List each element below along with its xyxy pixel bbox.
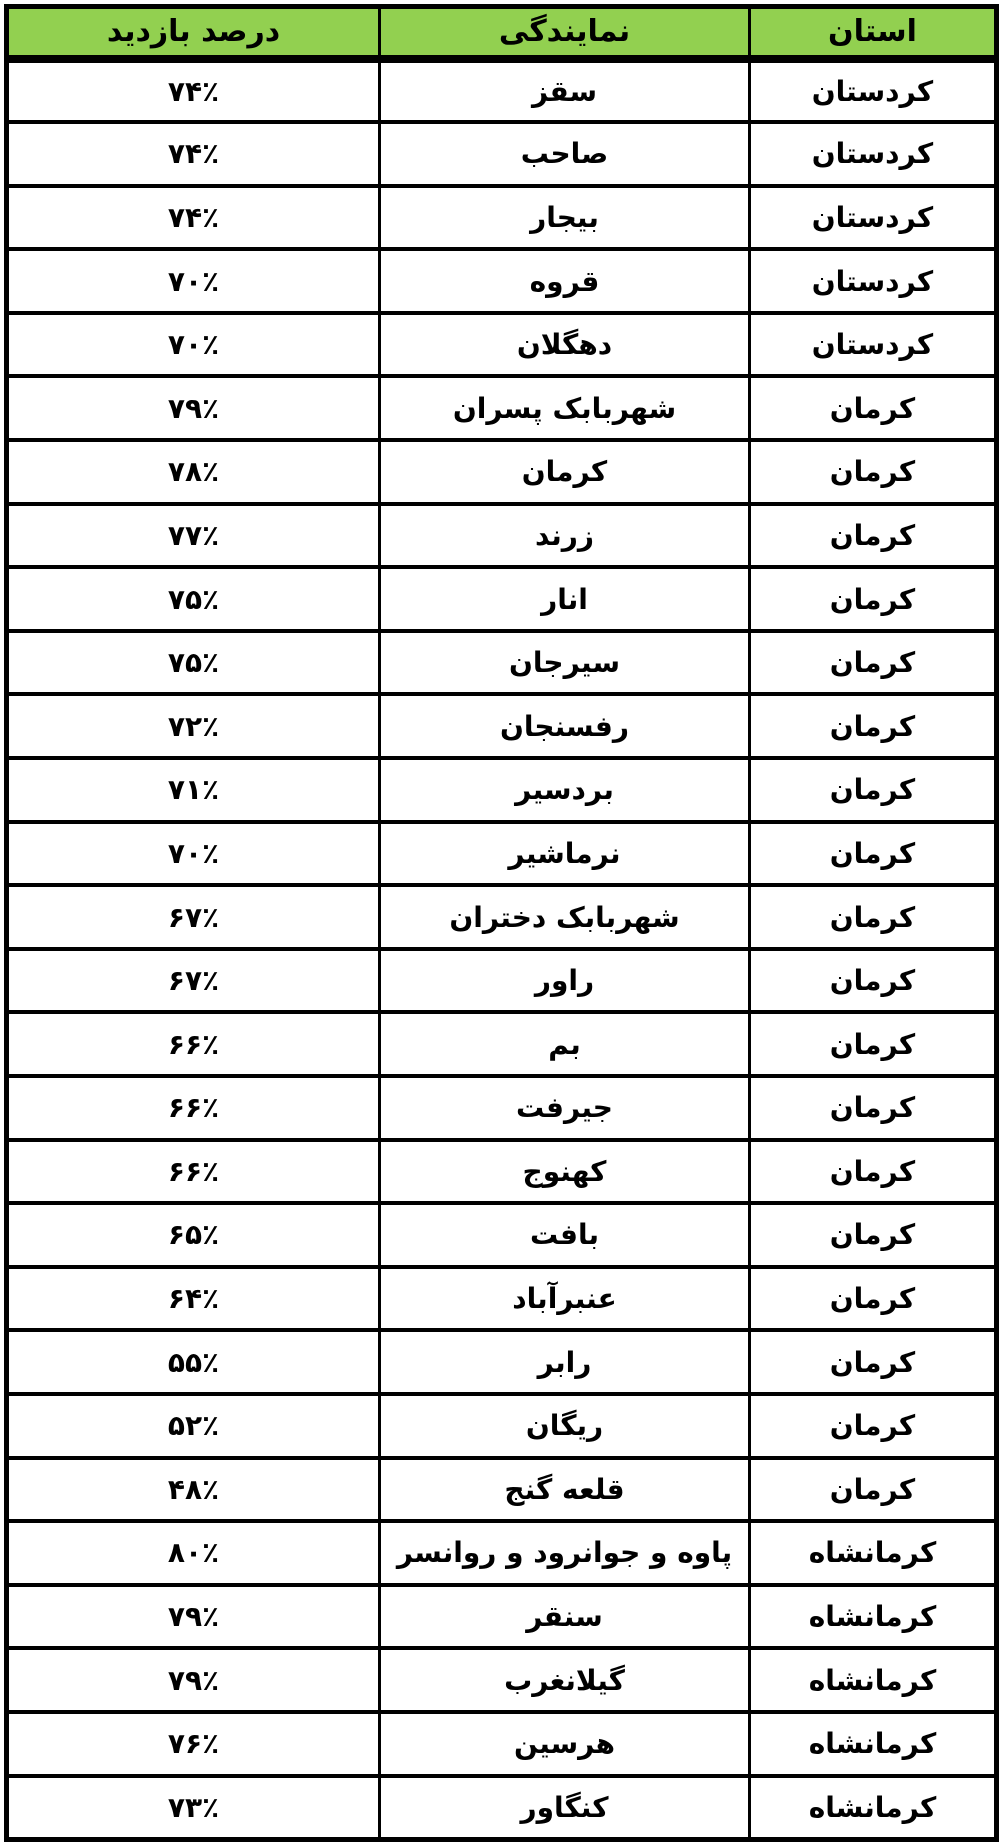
dealership-cell: زرند	[380, 504, 750, 568]
province-cell: کرمان	[750, 949, 997, 1013]
province-cell: کردستان	[750, 59, 997, 123]
province-cell: کرمان	[750, 822, 997, 886]
province-cell: کردستان	[750, 313, 997, 377]
province-cell: کرمان	[750, 440, 997, 504]
table-row: کرمانشاهسنقر۷۹٪	[7, 1585, 997, 1649]
visit-percent-cell: ۷۲٪	[7, 694, 380, 758]
province-cell: کردستان	[750, 249, 997, 313]
visit-percent-cell: ۴۸٪	[7, 1458, 380, 1522]
table-row: کرماننرماشیر۷۰٪	[7, 822, 997, 886]
dealership-cell: بردسیر	[380, 758, 750, 822]
visit-percent-cell: ۶۷٪	[7, 949, 380, 1013]
province-cell: کرمان	[750, 694, 997, 758]
province-cell: کرمان	[750, 1394, 997, 1458]
visit-percent-cell: ۷۹٪	[7, 1648, 380, 1712]
visit-percent-cell: ۶۷٪	[7, 885, 380, 949]
province-cell: کرمان	[750, 376, 997, 440]
table-row: کرمانشهربابک پسران۷۹٪	[7, 376, 997, 440]
visit-percent-cell: ۷۶٪	[7, 1712, 380, 1776]
province-cell: کرمان	[750, 1203, 997, 1267]
visit-percent-cell: ۷۰٪	[7, 822, 380, 886]
dealership-cell: پاوه و جوانرود و روانسر	[380, 1521, 750, 1585]
dealership-cell: قروه	[380, 249, 750, 313]
dealership-cell: بافت	[380, 1203, 750, 1267]
province-cell: کردستان	[750, 186, 997, 250]
dealership-cell: بیجار	[380, 186, 750, 250]
table-row: کردستانصاحب۷۴٪	[7, 122, 997, 186]
table-row: کرمانشاهکنگاور۷۳٪	[7, 1776, 997, 1840]
table-row: کرمانبردسیر۷۱٪	[7, 758, 997, 822]
visit-percent-cell: ۶۶٪	[7, 1140, 380, 1204]
dealership-cell: کنگاور	[380, 1776, 750, 1840]
visit-percent-cell: ۷۹٪	[7, 376, 380, 440]
table-row: کرمانریگان۵۲٪	[7, 1394, 997, 1458]
province-cell: کرمان	[750, 1140, 997, 1204]
visit-percent-cell: ۷۷٪	[7, 504, 380, 568]
visit-percent-cell: ۵۲٪	[7, 1394, 380, 1458]
province-cell: کرمان	[750, 758, 997, 822]
dealership-cell: سقز	[380, 59, 750, 123]
table-row: کردستانقروه۷۰٪	[7, 249, 997, 313]
table-header: استان نمایندگی درصد بازدید	[7, 7, 997, 59]
visit-percent-cell: ۷۸٪	[7, 440, 380, 504]
table-row: کرمانشاههرسین۷۶٪	[7, 1712, 997, 1776]
dealership-cell: شهربابک دختران	[380, 885, 750, 949]
visit-percent-cell: ۷۰٪	[7, 313, 380, 377]
visit-percent-cell: ۷۹٪	[7, 1585, 380, 1649]
table-body: کردستانسقز۷۴٪کردستانصاحب۷۴٪کردستانبیجار۷…	[7, 59, 997, 1840]
province-cell: کرمان	[750, 1458, 997, 1522]
table-row: کرمانکرمان۷۸٪	[7, 440, 997, 504]
table-row: کرمانشهربابک دختران۶۷٪	[7, 885, 997, 949]
visit-percent-cell: ۷۱٪	[7, 758, 380, 822]
province-cell: کرمانشاه	[750, 1776, 997, 1840]
table-row: کرمانراور۶۷٪	[7, 949, 997, 1013]
visit-percent-cell: ۷۴٪	[7, 186, 380, 250]
dealership-cell: شهربابک پسران	[380, 376, 750, 440]
visit-percentage-table: استان نمایندگی درصد بازدید کردستانسقز۷۴٪…	[4, 4, 999, 1842]
dealership-cell: بم	[380, 1012, 750, 1076]
table-row: کرمانزرند۷۷٪	[7, 504, 997, 568]
visit-percent-cell: ۷۵٪	[7, 631, 380, 695]
visit-percent-cell: ۷۳٪	[7, 1776, 380, 1840]
dealership-cell: انار	[380, 567, 750, 631]
province-cell: کرمانشاه	[750, 1712, 997, 1776]
table-row: کرمانعنبرآباد۶۴٪	[7, 1267, 997, 1331]
table-row: کرمانرابر۵۵٪	[7, 1330, 997, 1394]
dealership-cell: کهنوج	[380, 1140, 750, 1204]
visit-percent-cell: ۶۴٪	[7, 1267, 380, 1331]
province-cell: کرمان	[750, 567, 997, 631]
table-row: کرمانبم۶۶٪	[7, 1012, 997, 1076]
province-cell: کرمان	[750, 631, 997, 695]
dealership-cell: راور	[380, 949, 750, 1013]
dealership-cell: هرسین	[380, 1712, 750, 1776]
dealership-cell: دهگلان	[380, 313, 750, 377]
table-row: کرمانقلعه گنج۴۸٪	[7, 1458, 997, 1522]
province-cell: کرمان	[750, 885, 997, 949]
province-cell: کرمان	[750, 1267, 997, 1331]
dealership-cell: قلعه گنج	[380, 1458, 750, 1522]
dealership-cell: سیرجان	[380, 631, 750, 695]
visit-percent-cell: ۶۶٪	[7, 1076, 380, 1140]
header-province: استان	[750, 7, 997, 59]
dealership-cell: سنقر	[380, 1585, 750, 1649]
table-row: کرمانانار۷۵٪	[7, 567, 997, 631]
visit-percent-cell: ۶۵٪	[7, 1203, 380, 1267]
table-row: کرمانرفسنجان۷۲٪	[7, 694, 997, 758]
dealership-cell: رابر	[380, 1330, 750, 1394]
dealership-cell: نرماشیر	[380, 822, 750, 886]
table-row: کردستانسقز۷۴٪	[7, 59, 997, 123]
table-row: کرمانشاهپاوه و جوانرود و روانسر۸۰٪	[7, 1521, 997, 1585]
dealership-cell: کرمان	[380, 440, 750, 504]
province-cell: کرمان	[750, 1012, 997, 1076]
dealership-cell: گیلانغرب	[380, 1648, 750, 1712]
province-cell: کرمان	[750, 1330, 997, 1394]
visit-percent-cell: ۸۰٪	[7, 1521, 380, 1585]
province-cell: کرمانشاه	[750, 1648, 997, 1712]
visit-percent-cell: ۵۵٪	[7, 1330, 380, 1394]
visit-percent-cell: ۷۵٪	[7, 567, 380, 631]
table-row: کرمانسیرجان۷۵٪	[7, 631, 997, 695]
table-row: کردستانبیجار۷۴٪	[7, 186, 997, 250]
province-cell: کرمان	[750, 1076, 997, 1140]
dealership-cell: ریگان	[380, 1394, 750, 1458]
province-cell: کرمانشاه	[750, 1585, 997, 1649]
province-cell: کرمان	[750, 504, 997, 568]
visit-percent-cell: ۶۶٪	[7, 1012, 380, 1076]
dealership-cell: عنبرآباد	[380, 1267, 750, 1331]
dealership-cell: رفسنجان	[380, 694, 750, 758]
table-row: کرمانبافت۶۵٪	[7, 1203, 997, 1267]
page: استان نمایندگی درصد بازدید کردستانسقز۷۴٪…	[0, 0, 1000, 1846]
visit-percent-cell: ۷۴٪	[7, 59, 380, 123]
visit-percent-cell: ۷۴٪	[7, 122, 380, 186]
table-row: کرمانجیرفت۶۶٪	[7, 1076, 997, 1140]
header-dealership: نمایندگی	[380, 7, 750, 59]
table-row: کرمانشاهگیلانغرب۷۹٪	[7, 1648, 997, 1712]
header-visit-percent: درصد بازدید	[7, 7, 380, 59]
dealership-cell: جیرفت	[380, 1076, 750, 1140]
table-row: کرمانکهنوج۶۶٪	[7, 1140, 997, 1204]
table-row: کردستاندهگلان۷۰٪	[7, 313, 997, 377]
header-row: استان نمایندگی درصد بازدید	[7, 7, 997, 59]
province-cell: کرمانشاه	[750, 1521, 997, 1585]
dealership-cell: صاحب	[380, 122, 750, 186]
visit-percent-cell: ۷۰٪	[7, 249, 380, 313]
province-cell: کردستان	[750, 122, 997, 186]
